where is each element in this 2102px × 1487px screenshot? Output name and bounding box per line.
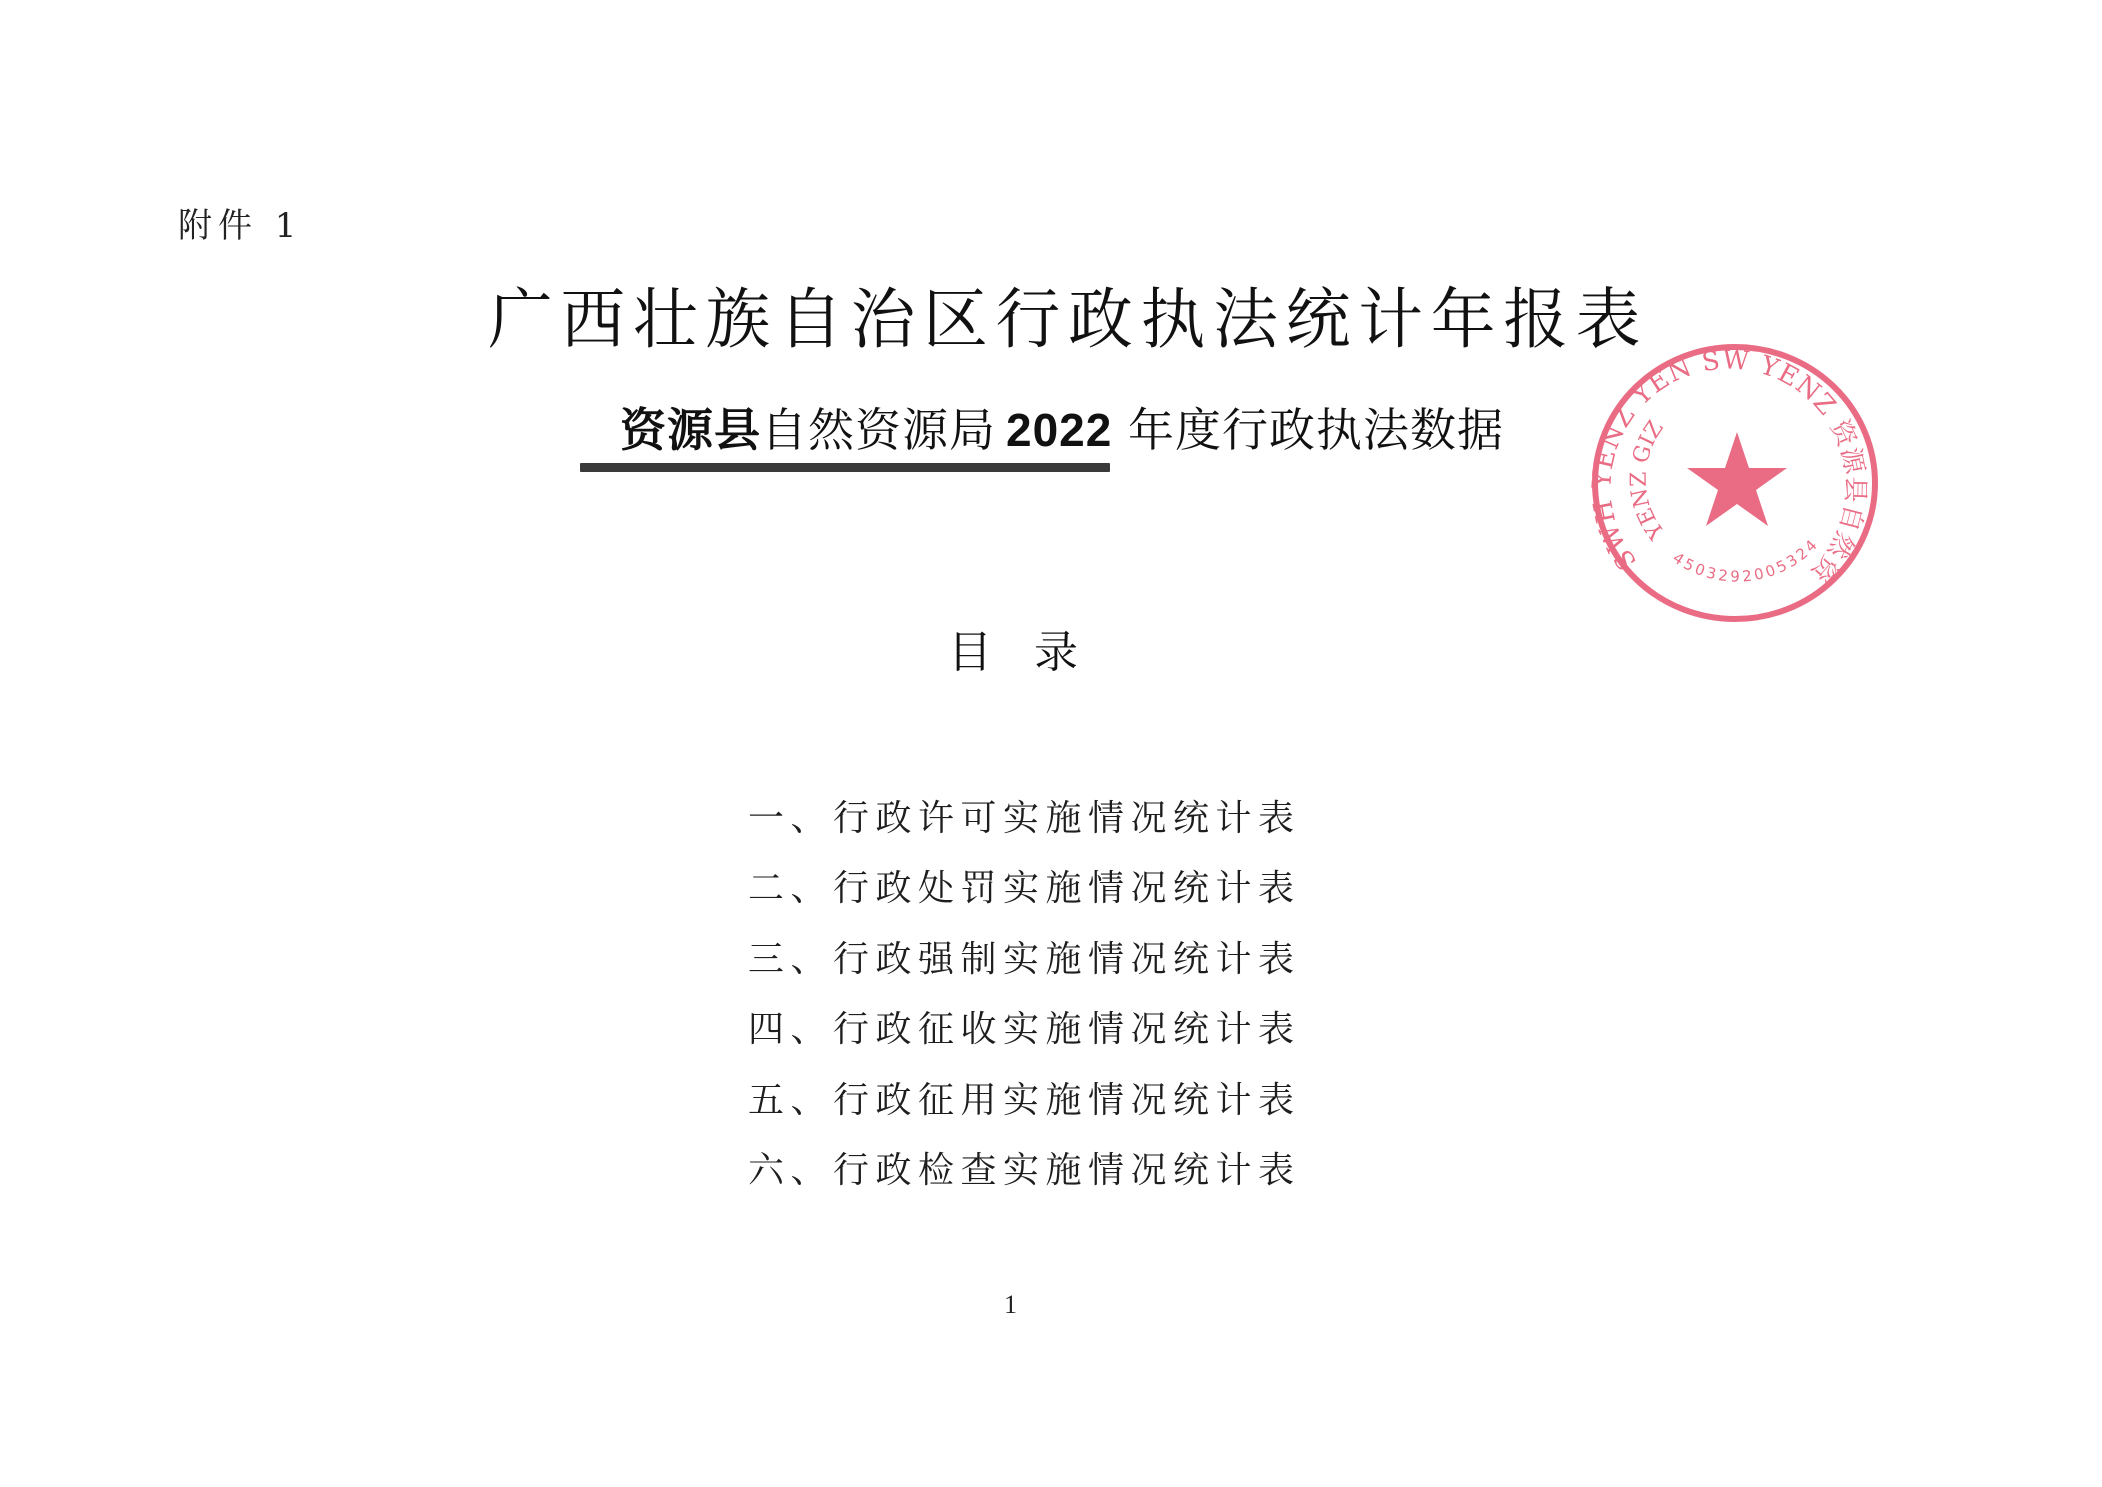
seal-inner-text: YENZ GIZ <box>1627 417 1671 545</box>
subtitle-underline <box>580 463 1110 472</box>
subtitle-year: 2022 <box>1006 404 1112 456</box>
attachment-label: 附件 1 <box>178 198 302 247</box>
page-number: 1 <box>1004 1290 1017 1320</box>
toc-item-administrative-penalty: 二、行政处罚实施情况统计表 <box>748 854 1301 924</box>
toc-item-administrative-inspection: 六、行政检查实施情况统计表 <box>748 1136 1301 1206</box>
toc-item-administrative-levy: 四、行政征收实施情况统计表 <box>748 995 1301 1065</box>
subtitle-fill-in: 资源县自然资源局2022 <box>620 400 1112 460</box>
document-title: 广西壮族自治区行政执法统计年报表 <box>488 282 1517 358</box>
subtitle-suffix: 年度行政执法数据 <box>1128 400 1504 460</box>
official-seal: SWH YENZ YEN SW YENZ 资源县自然资源局 YENZ GIZ 4… <box>1585 340 1885 630</box>
subtitle-bureau: 自然资源局 <box>761 403 996 457</box>
star-icon <box>1687 432 1787 526</box>
toc-list: 一、行政许可实施情况统计表 二、行政处罚实施情况统计表 三、行政强制实施情况统计… <box>748 784 1301 1206</box>
toc-item-administrative-enforcement: 三、行政强制实施情况统计表 <box>748 925 1301 995</box>
seal-code: 4503292005324 <box>1670 534 1823 585</box>
toc-heading: 目录 <box>948 625 1078 681</box>
toc-item-administrative-requisition: 五、行政征用实施情况统计表 <box>748 1066 1301 1136</box>
toc-heading-char: 录 <box>1034 625 1078 681</box>
toc-item-administrative-licensing: 一、行政许可实施情况统计表 <box>748 784 1301 854</box>
subtitle-county: 资源县 <box>620 403 761 457</box>
toc-heading-char: 目 <box>948 625 992 681</box>
